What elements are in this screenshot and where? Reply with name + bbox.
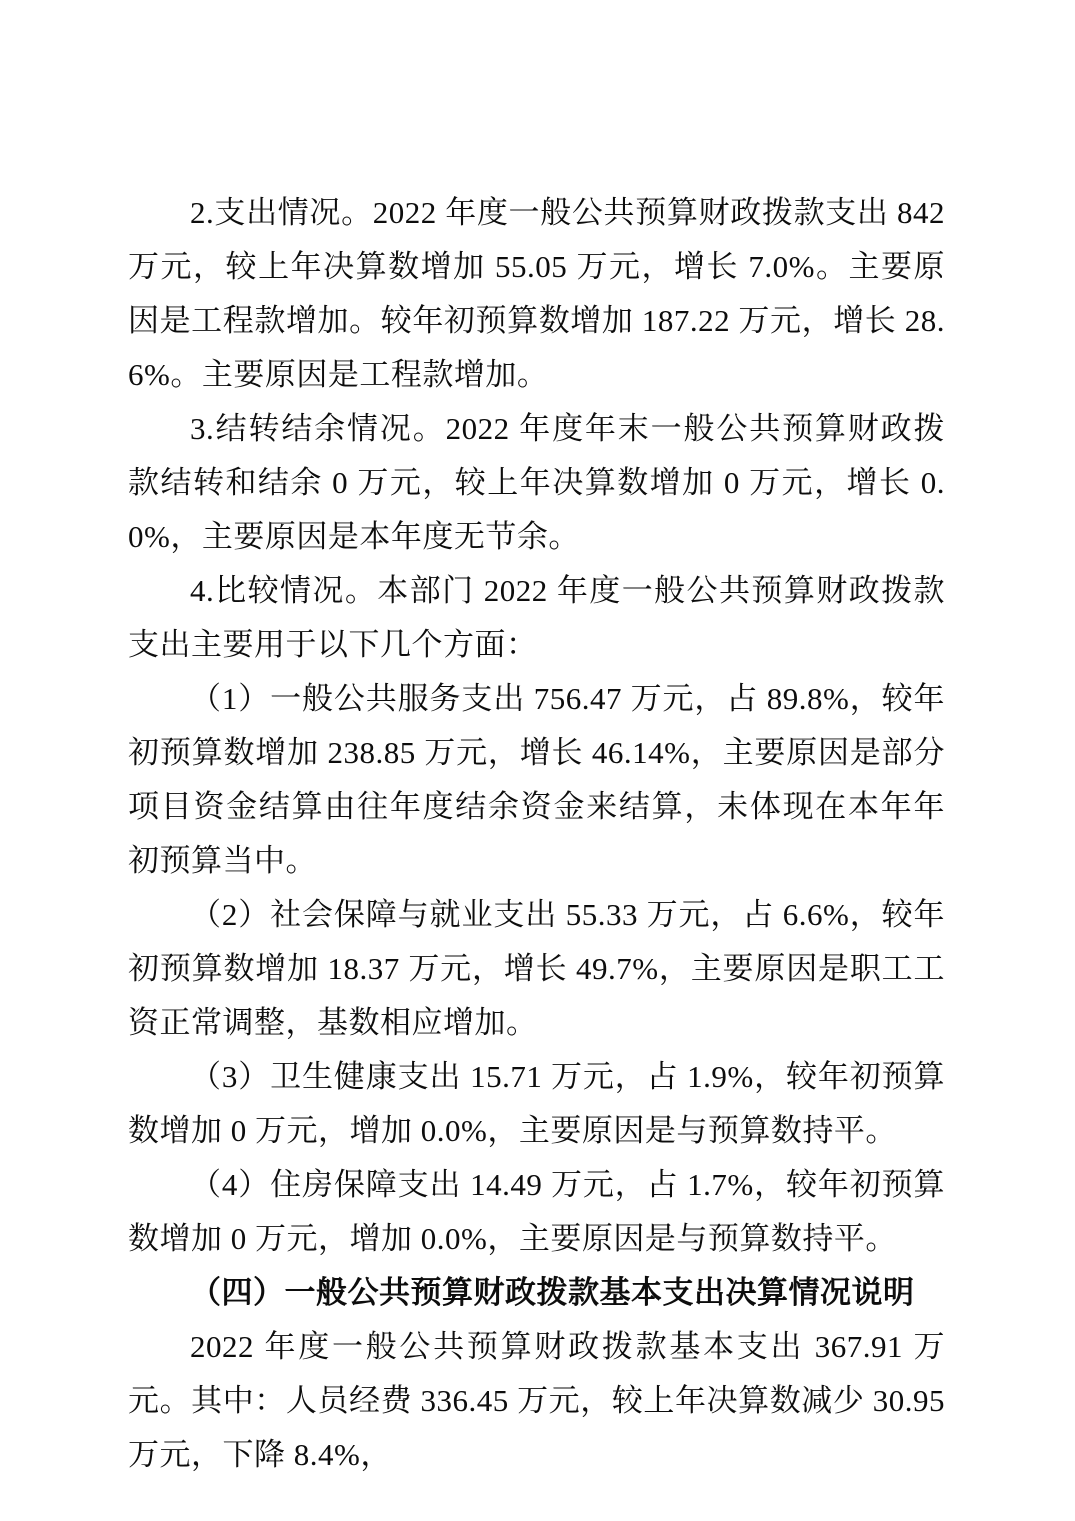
- para-item-3-health: （3）卫生健康支出 15.71 万元，占 1.9%，较年初预算数增加 0 万元，…: [128, 1050, 945, 1158]
- para-comparison-intro: 4.比较情况。本部门 2022 年度一般公共预算财政拨款支出主要用于以下几个方面…: [128, 564, 945, 672]
- para-item-1-general-public-services: （1）一般公共服务支出 756.47 万元，占 89.8%，较年初预算数增加 2…: [128, 672, 945, 888]
- para-carryover-balance: 3.结转结余情况。2022 年度年末一般公共预算财政拨款结转和结余 0 万元，较…: [128, 402, 945, 564]
- para-item-4-housing-security: （4）住房保障支出 14.49 万元，占 1.7%，较年初预算数增加 0 万元，…: [128, 1158, 945, 1266]
- para-expenditure-overview: 2.支出情况。2022 年度一般公共预算财政拨款支出 842 万元，较上年决算数…: [128, 186, 945, 402]
- para-item-2-social-security-employment: （2）社会保障与就业支出 55.33 万元，占 6.6%，较年初预算数增加 18…: [128, 888, 945, 1050]
- heading-section-4-basic-expenditure: （四）一般公共预算财政拨款基本支出决算情况说明: [128, 1266, 945, 1320]
- para-basic-expenditure-detail: 2022 年度一般公共预算财政拨款基本支出 367.91 万元。其中：人员经费 …: [128, 1320, 945, 1482]
- document-page: 2.支出情况。2022 年度一般公共预算财政拨款支出 842 万元，较上年决算数…: [0, 0, 1075, 1521]
